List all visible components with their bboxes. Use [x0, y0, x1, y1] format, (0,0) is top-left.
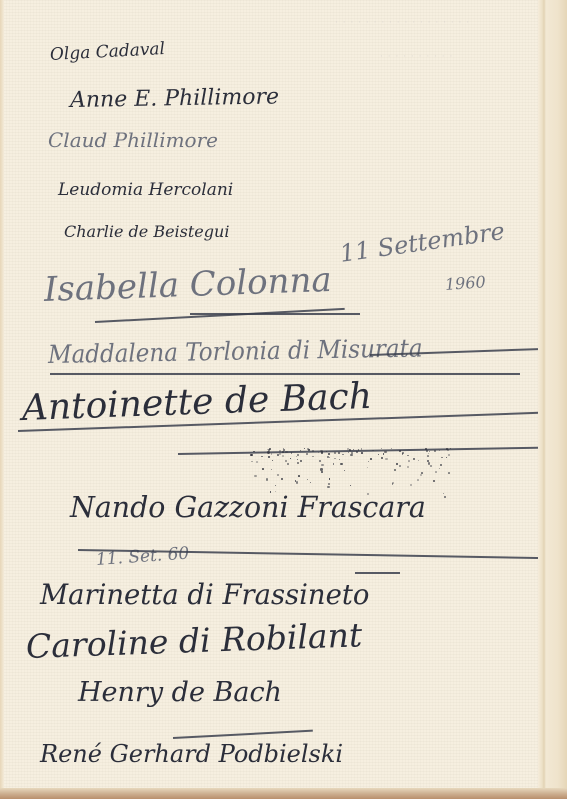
ink-speck: [267, 451, 269, 453]
ink-speck: [417, 479, 419, 481]
ink-speck: [262, 468, 264, 470]
ink-speck: [399, 465, 401, 467]
ink-speck: [421, 472, 423, 474]
ink-speck: [413, 458, 415, 460]
ink-speck: [339, 459, 341, 461]
ink-speck: [287, 463, 289, 465]
ink-speck: [318, 452, 319, 453]
ink-speck: [429, 451, 430, 452]
ink-speck: [297, 462, 299, 464]
ink-speck: [250, 454, 252, 456]
ink-speck: [356, 451, 358, 453]
ink-speck: [439, 450, 440, 451]
ink-speck: [358, 449, 359, 450]
ink-speck: [434, 450, 436, 452]
ink-speck: [256, 461, 258, 463]
ink-speck: [319, 460, 321, 462]
ink-speck: [407, 466, 409, 468]
ink-underline: [355, 572, 400, 574]
ink-speck: [435, 471, 437, 473]
ink-speck: [326, 451, 327, 452]
signature: Charlie de Beistegui: [64, 222, 229, 241]
ink-speck: [370, 458, 372, 460]
signature: Isabella Colonna: [43, 260, 332, 310]
ink-speck: [282, 451, 283, 452]
ink-speck: [329, 457, 330, 458]
ink-speck: [321, 471, 323, 473]
ink-speck: [327, 486, 329, 488]
ink-speck: [394, 469, 396, 471]
ink-speck: [408, 460, 410, 462]
ink-speck: [444, 496, 446, 498]
ink-speck: [296, 456, 297, 457]
signature: Nando Gazzoni Frascara: [70, 490, 426, 524]
ink-speck: [321, 451, 323, 453]
ink-speck: [350, 485, 352, 487]
ink-speck: [271, 453, 273, 455]
ink-speck: [447, 449, 449, 451]
ink-speck: [338, 452, 340, 454]
page-left-edge: [0, 0, 4, 799]
ink-speck: [306, 453, 308, 455]
page-bottom-edge: [0, 788, 567, 799]
ink-speck: [440, 464, 442, 466]
ink-speck: [261, 456, 263, 458]
ink-speck: [441, 457, 443, 459]
signature: Leudomia Hercolani: [58, 180, 233, 200]
ink-speck: [304, 448, 305, 449]
ink-speck: [418, 460, 419, 461]
ink-speck: [446, 457, 447, 458]
ink-speck: [439, 468, 440, 469]
signature: Caroline di Robilant: [25, 615, 362, 666]
ink-speck: [251, 461, 253, 463]
ink-speck: [267, 449, 268, 450]
ink-speck: [291, 452, 292, 453]
ink-speck: [253, 451, 255, 453]
guestbook-page: · · · · · · · · · · · · · · · · · · · · …: [0, 0, 556, 790]
ink-speck: [271, 469, 272, 470]
date-annotation: 1960: [444, 272, 486, 294]
signature: Claud Phillimore: [48, 128, 218, 152]
ink-speck: [328, 483, 330, 485]
ink-speck: [285, 460, 287, 462]
ink-speck: [334, 452, 336, 454]
ink-speck: [277, 474, 280, 477]
signature: Marinetta di Frassineto: [40, 578, 369, 611]
signature: Maddalena Torlonia di Misurata: [48, 333, 423, 369]
ink-speck: [361, 452, 363, 454]
ink-speck: [348, 452, 349, 453]
ink-underline: [50, 373, 520, 375]
ink-speck: [300, 460, 302, 462]
ink-speck: [392, 482, 394, 484]
ink-speck: [328, 453, 330, 455]
ink-speck: [297, 454, 299, 456]
ink-speck: [275, 485, 276, 486]
ink-speck: [312, 456, 314, 458]
ink-speck: [295, 480, 296, 481]
ink-speck: [383, 453, 384, 454]
ink-speck: [269, 448, 271, 450]
ink-speck: [342, 454, 344, 456]
ink-speck: [368, 461, 369, 462]
ink-speck: [285, 451, 288, 454]
ink-underline: [173, 730, 313, 739]
ink-speck: [268, 456, 270, 458]
ink-speck: [290, 458, 291, 459]
ink-speck: [298, 475, 300, 477]
ink-speck: [282, 455, 284, 457]
ink-speck: [407, 455, 409, 457]
ink-speck: [334, 458, 336, 460]
ink-speck: [279, 450, 280, 451]
ink-speck: [254, 475, 256, 477]
ink-speck: [266, 478, 269, 481]
ink-speck: [367, 467, 368, 468]
ink-speck: [378, 454, 379, 455]
ink-underline: [190, 313, 360, 315]
signature: René Gerhard Podbielski: [40, 740, 343, 768]
ink-speck: [381, 457, 383, 459]
ink-speck: [448, 472, 450, 474]
ink-speck: [297, 459, 298, 460]
bleed-through-text: · · · · · · · · · · · · · · · · · ·: [335, 18, 470, 28]
ink-underline: [178, 446, 553, 454]
date-annotation: 11 Settembre: [338, 217, 506, 268]
ink-speck: [427, 455, 429, 457]
ink-speck: [350, 454, 352, 456]
ink-speck: [300, 450, 301, 451]
ink-speck: [448, 454, 450, 456]
ink-speck: [307, 479, 308, 480]
ink-speck: [420, 474, 422, 476]
signature: Henry de Bach: [78, 677, 282, 708]
signature: Olga Cadaval: [49, 39, 165, 65]
ink-speck: [272, 460, 273, 461]
ink-speck: [443, 493, 444, 494]
ink-speck: [344, 470, 345, 471]
ink-speck: [333, 463, 335, 465]
ink-speck: [308, 449, 309, 450]
bleed-through-text: · · · · · · · · · ·: [380, 52, 453, 62]
ink-speck: [385, 458, 387, 460]
ink-speck: [310, 482, 311, 483]
ink-speck: [399, 450, 401, 452]
ink-speck: [353, 449, 354, 450]
ink-speck: [430, 465, 432, 467]
ink-speck: [329, 478, 330, 479]
ink-speck: [296, 481, 299, 484]
ink-speck: [367, 493, 369, 495]
ink-speck: [321, 464, 323, 466]
ink-underline: [95, 308, 345, 323]
ink-speck: [426, 450, 427, 451]
ink-speck: [384, 451, 387, 454]
date-annotation: 11. Set. 60: [95, 544, 190, 570]
ink-speck: [340, 463, 342, 465]
ink-speck: [396, 463, 398, 465]
ink-speck: [410, 484, 412, 486]
signature: Anne E. Phillimore: [70, 84, 279, 113]
ink-speck: [433, 480, 435, 482]
book-gutter: [538, 0, 567, 799]
ink-speck: [281, 478, 283, 480]
